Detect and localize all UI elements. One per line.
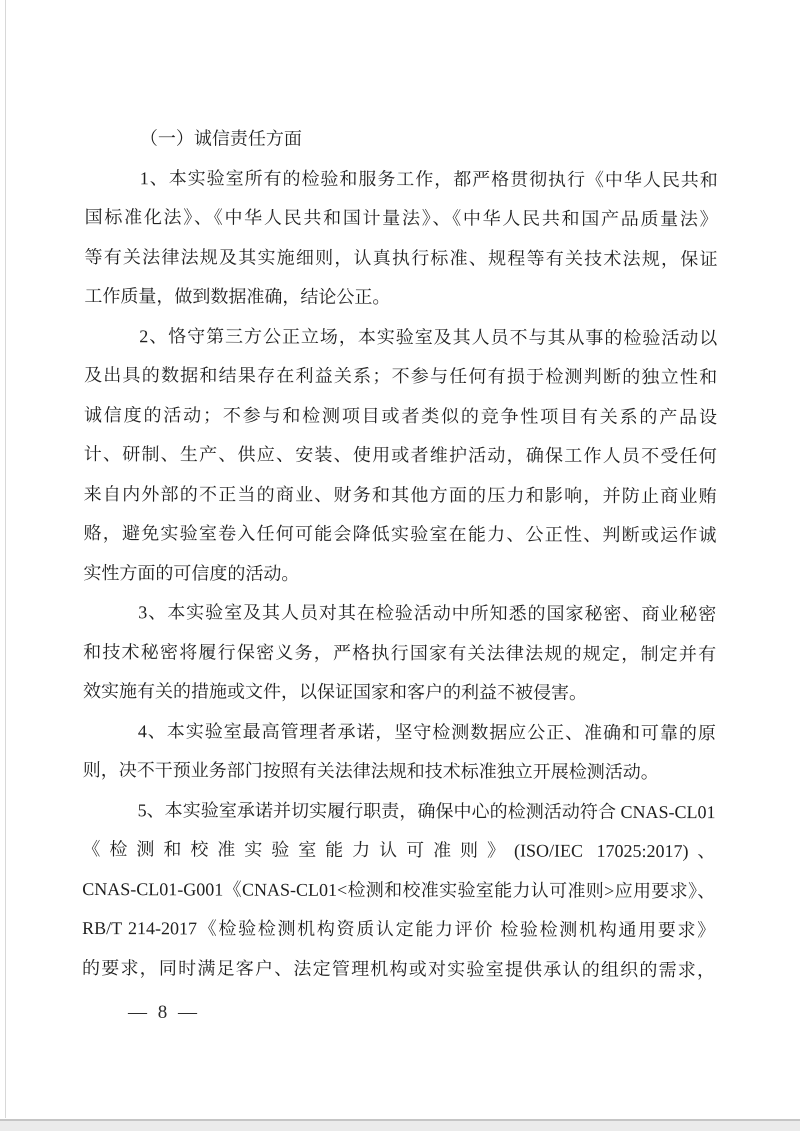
text-line: 的要求，同时满足客户、法定管理机构或对实验室提供承认的组织的需求， — [82, 948, 715, 990]
text-line: 国标准化法》、《中华人民共和国计量法》、《中华人民共和国产品质量法》 — [85, 198, 718, 240]
document-text: （一）诚信责任方面 1、本实验室所有的检验和服务工作，都严格贯彻执行《中华人民共… — [82, 119, 718, 990]
text-line: CNAS-CL01-G001《CNAS-CL01<检测和校准实验室能力认可准则>… — [82, 869, 715, 911]
text-line: 则，决不干预业务部门按照有关法律法规和技术标准独立开展检测活动。 — [83, 751, 716, 793]
text-line: 诚信度的活动；不参与和检测项目或者类似的竞争性项目有关系的产品设 — [84, 395, 717, 437]
text-line: 3、本实验室及其人员对其在检验活动中所知悉的国家秘密、商业秘密 — [83, 593, 716, 635]
section-heading: （一）诚信责任方面 — [85, 119, 718, 161]
text-line: 来自内外部的不正当的商业、财务和其他方面的压力和影响，并防止商业贿 — [84, 474, 717, 516]
scanned-page: { "doc": { "heading": "（一）诚信责任方面", "para… — [0, 0, 800, 1131]
text-line: 赂，避免实验室卷入任何可能会降低实验室在能力、公正性、判断或运作诚 — [83, 514, 716, 556]
text-line: 及出具的数据和结果存在利益关系；不参与任何有损于检测判断的独立性和 — [84, 356, 717, 398]
page-edge-line — [5, 0, 6, 1118]
text-line: 1、本实验室所有的检验和服务工作，都严格贯彻执行《中华人民共和 — [85, 158, 718, 200]
text-line: 2、恪守第三方公正立场，本实验室及其人员不与其从事的检验活动以 — [84, 316, 717, 358]
text-line: 和技术秘密将履行保密义务，严格执行国家有关法律法规的规定，制定并有 — [83, 632, 716, 674]
scan-bottom-edge — [0, 1119, 800, 1131]
text-line: 效实施有关的措施或文件，以保证国家和客户的利益不被侵害。 — [83, 672, 716, 714]
text-line: 等有关法律法规及其实施细则，认真执行标准、规程等有关技术法规，保证 — [84, 237, 717, 279]
text-line: 实性方面的可信度的活动。 — [83, 553, 716, 595]
page-number: — 8 — — [128, 999, 200, 1027]
text-line: 《检测和校准实验室能力认可准则》(ISO/IEC 17025:2017)、 — [82, 830, 715, 872]
text-line: 工作质量，做到数据准确，结论公正。 — [84, 277, 717, 319]
text-line: RB/T 214-2017《检验检测机构资质认定能力评价 检验检测机构通用要求》 — [82, 909, 715, 951]
text-line: 5、本实验室承诺并切实履行职责，确保中心的检测活动符合 CNAS-CL01 — [83, 790, 716, 832]
text-line: 4、本实验室最高管理者承诺，坚守检测数据应公正、准确和可靠的原 — [83, 711, 716, 753]
text-line: 计、研制、生产、供应、安装、使用或者维护活动，确保工作人员不受任何 — [84, 435, 717, 477]
